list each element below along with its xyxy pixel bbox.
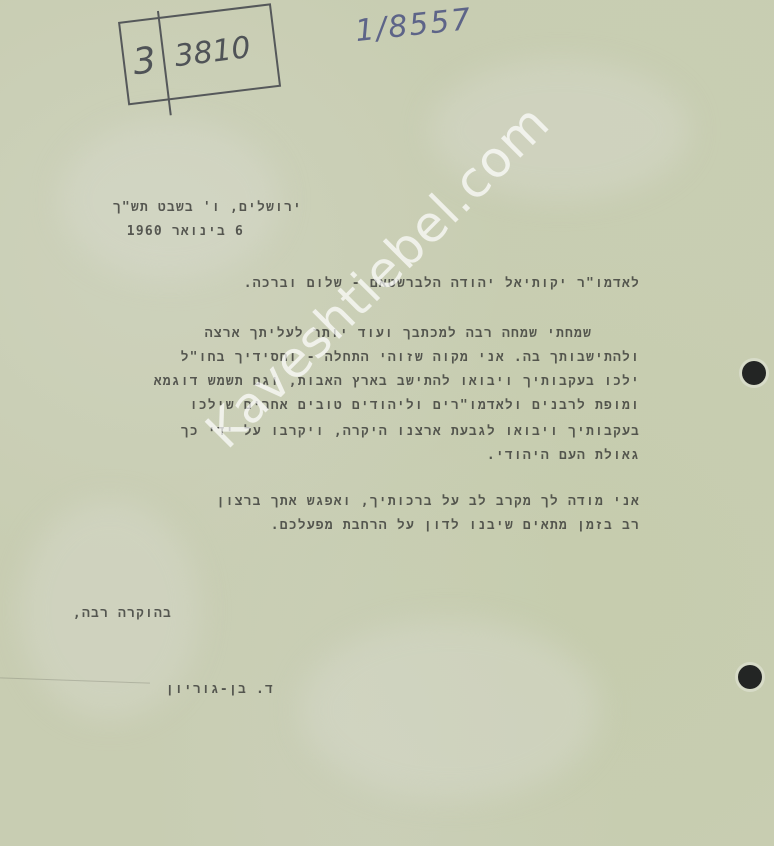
archive-box-left-number: 3	[131, 40, 159, 83]
signature: ד. בן-גוריון	[166, 682, 274, 697]
paragraph-line: גאולת העם היהודי.	[487, 448, 640, 463]
salutation: לאדמו"ר יקותיאל יהודה הלברשטאם - שלום וב…	[244, 276, 640, 291]
punch-hole	[738, 665, 762, 689]
closing: בהוקרה רבה,	[73, 606, 172, 621]
paper-stain	[300, 620, 600, 800]
archive-box-right-number: 3810	[173, 30, 253, 74]
paragraph-line: שמחתי שמחה רבה למכתבך ועוד יותר לעליתך א…	[205, 326, 592, 341]
paragraph-line: רב בזמן מתאים שיבנו לדון על הרחבת מפעלכם…	[271, 518, 640, 533]
punch-hole	[742, 361, 766, 385]
handwritten-file-number: 1/8557	[353, 2, 474, 49]
header-place-date: ירושלים, ו' בשבט תש"ך	[113, 200, 302, 215]
header-gregorian-date: 6 בינואר 1960	[127, 224, 244, 239]
document-page: 3 3810 1/8557 ירושלים, ו' בשבט תש"ך 6 בי…	[0, 0, 774, 846]
paragraph-line: אני מודה לך מקרב לב על ברכותיך, ואפגש את…	[217, 494, 640, 509]
archive-box-divider	[157, 11, 172, 115]
archive-reference-box: 3 3810	[118, 3, 281, 105]
